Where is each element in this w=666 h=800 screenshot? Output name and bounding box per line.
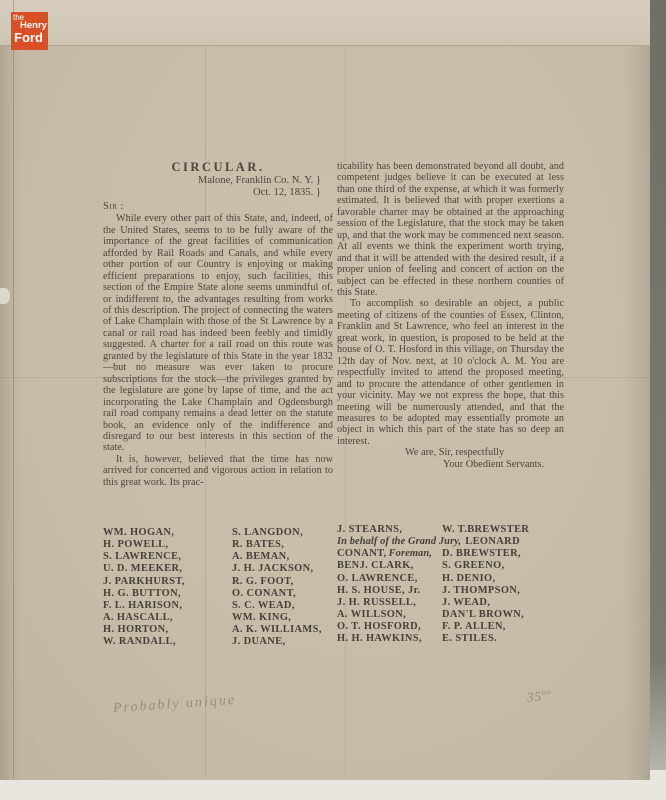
signature-row: A. HASCALL,WM. KING, [103, 612, 339, 624]
signature-name: DAN'L BROWN, [442, 609, 524, 621]
signature-name: W. RANDALL, [103, 636, 232, 648]
body-paragraph: ticability has been demonstrated beyond … [337, 161, 564, 298]
signature-name: BENJ. CLARK, [337, 560, 442, 572]
signature-name: A. K. WILLIAMS, [232, 624, 322, 636]
signature-name: H. H. HAWKINS, [337, 633, 442, 645]
signature-name: U. D. MEEKER, [103, 563, 232, 575]
body-paragraph: While every other part of this State, an… [103, 213, 333, 454]
signature-name: A. HASCALL, [103, 612, 232, 624]
signature-row: A. WILLSON,DAN'L BROWN, [337, 609, 593, 621]
signature-row: H. H. HAWKINS,E. STILES. [337, 633, 593, 645]
signature-row: U. D. MEEKER,J. H. JACKSON, [103, 563, 339, 575]
signature-name: H. HORTON, [103, 624, 232, 636]
signature-row: F. L. HARISON,S. C. WEAD, [103, 600, 339, 612]
signature-name: E. STILES. [442, 633, 497, 645]
signature-name: O. LAWRENCE, [337, 573, 442, 585]
signature-name: J. STEARNS, [337, 524, 442, 536]
circular-paper: CIRCULAR. Malone, Franklin Co. N. Y. } O… [0, 0, 650, 780]
signature-name: CONANT,Foreman, [337, 548, 442, 560]
signature-name: WM. HOGAN, [103, 527, 232, 539]
signature-row: WM. HOGAN,S. LANGDON, [103, 527, 339, 539]
signature-name: A. WILLSON, [337, 609, 442, 621]
signature-name: F. L. HARISON, [103, 600, 232, 612]
signature-name: O. T. HOSFORD, [337, 621, 442, 633]
signature-name: R. G. FOOT, [232, 576, 294, 588]
signature-name-part: H. S. HOUSE, Jr. [337, 585, 421, 596]
signature-row: J. STEARNS,W. T.BREWSTER [337, 524, 593, 536]
left-fold-crease [13, 0, 14, 778]
signature-name: H. G. BUTTON, [103, 588, 232, 600]
signature-row: H. S. HOUSE, Jr.J. THOMPSON, [337, 585, 593, 597]
signature-row: J. H. RUSSELL,J. WEAD, [337, 597, 593, 609]
signature-name: J. PARKHURST, [103, 576, 232, 588]
signature-name: S. C. WEAD, [232, 600, 295, 612]
signature-row: BENJ. CLARK,S. GREENO, [337, 560, 593, 572]
circular-title: CIRCULAR. [103, 161, 333, 174]
dateline-date: Oct. 12, 1835. } [103, 187, 333, 199]
left-column: CIRCULAR. Malone, Franklin Co. N. Y. } O… [103, 161, 333, 488]
signature-name: J. H. RUSSELL, [337, 597, 442, 609]
signature-row: J. PARKHURST,R. G. FOOT, [103, 576, 339, 588]
signature-name: W. T.BREWSTER [442, 524, 529, 536]
signature-name-part: O. T. HOSFORD, [337, 621, 421, 632]
signature-row: In behalf of the Grand Jury,LEONARD [337, 536, 593, 548]
henry-ford-logo: the Henry Ford [11, 12, 48, 50]
signature-name: J. DUANE, [232, 636, 286, 648]
pencil-annotation: Probably unique [113, 693, 237, 718]
right-column: ticability has been demonstrated beyond … [337, 161, 564, 471]
signature-row: O. T. HOSFORD,F. P. ALLEN, [337, 621, 593, 633]
signature-name: In behalf of the Grand Jury, [337, 536, 465, 548]
signature-name: A. BEMAN, [232, 551, 290, 563]
signature-name: F. P. ALLEN, [442, 621, 506, 633]
pencil-price-annotation: 35oo [526, 687, 553, 706]
pencil-price-sup: oo [541, 687, 552, 697]
signature-row: H. G. BUTTON,O. CONANT, [103, 588, 339, 600]
signature-name: LEONARD [465, 536, 520, 548]
dateline-place: Malone, Franklin Co. N. Y. } [103, 175, 333, 187]
signature-row: S. LAWRENCE,A. BEMAN, [103, 551, 339, 563]
signatures-left: WM. HOGAN,S. LANGDON,H. POWELL,R. BATES,… [103, 527, 339, 649]
signature-name: S. LAWRENCE, [103, 551, 232, 563]
signature-name-part: O. LAWRENCE, [337, 573, 418, 584]
signature-row: O. LAWRENCE,H. DENIO, [337, 573, 593, 585]
signature-row: H. POWELL,R. BATES, [103, 539, 339, 551]
signature-name: WM. KING, [232, 612, 291, 624]
salutation: Sir : [103, 201, 333, 213]
logo-ford: Ford [14, 31, 43, 45]
closing-line: Your Obedient Servants. [443, 459, 564, 471]
signature-name: H. S. HOUSE, Jr. [337, 585, 442, 597]
signature-name: D. BREWSTER, [442, 548, 521, 560]
signature-name: S. GREENO, [442, 560, 505, 572]
signature-name: R. BATES, [232, 539, 284, 551]
signature-row: W. RANDALL,J. DUANE, [103, 636, 339, 648]
scan-viewport: CIRCULAR. Malone, Franklin Co. N. Y. } O… [0, 0, 666, 800]
signature-name: H. DENIO, [442, 573, 496, 585]
signature-name-part: BENJ. CLARK, [337, 560, 414, 571]
signature-name: J. WEAD, [442, 597, 490, 609]
body-paragraph: To accomplish so desirable an object, a … [337, 298, 564, 447]
signature-name-part: J. H. RUSSELL, [337, 597, 416, 608]
closing-line: We are, Sir, respectfully [405, 447, 564, 459]
pencil-price-main: 35 [526, 688, 542, 704]
signature-name: H. POWELL, [103, 539, 232, 551]
signature-row: H. HORTON,A. K. WILLIAMS, [103, 624, 339, 636]
signatures-right: J. STEARNS,W. T.BREWSTERIn behalf of the… [337, 524, 593, 646]
signature-row: CONANT,Foreman,D. BREWSTER, [337, 548, 593, 560]
signature-name: O. CONANT, [232, 588, 296, 600]
signature-name-part: CONANT, [337, 548, 387, 559]
paper-top-strip [0, 0, 650, 46]
signature-name-part: H. H. HAWKINS, [337, 633, 422, 644]
signature-name-part: A. WILLSON, [337, 609, 406, 620]
signature-name: J. H. JACKSON, [232, 563, 314, 575]
signature-name: J. THOMPSON, [442, 585, 520, 597]
signature-role-italic: Foreman, [389, 548, 432, 559]
paper-edge-tear [0, 288, 10, 304]
signature-role-italic: In behalf of the Grand Jury, [337, 536, 461, 547]
signature-name: S. LANGDON, [232, 527, 303, 539]
body-paragraph: It is, however, believed that the time h… [103, 454, 333, 488]
signature-name-part: J. STEARNS, [337, 524, 402, 535]
